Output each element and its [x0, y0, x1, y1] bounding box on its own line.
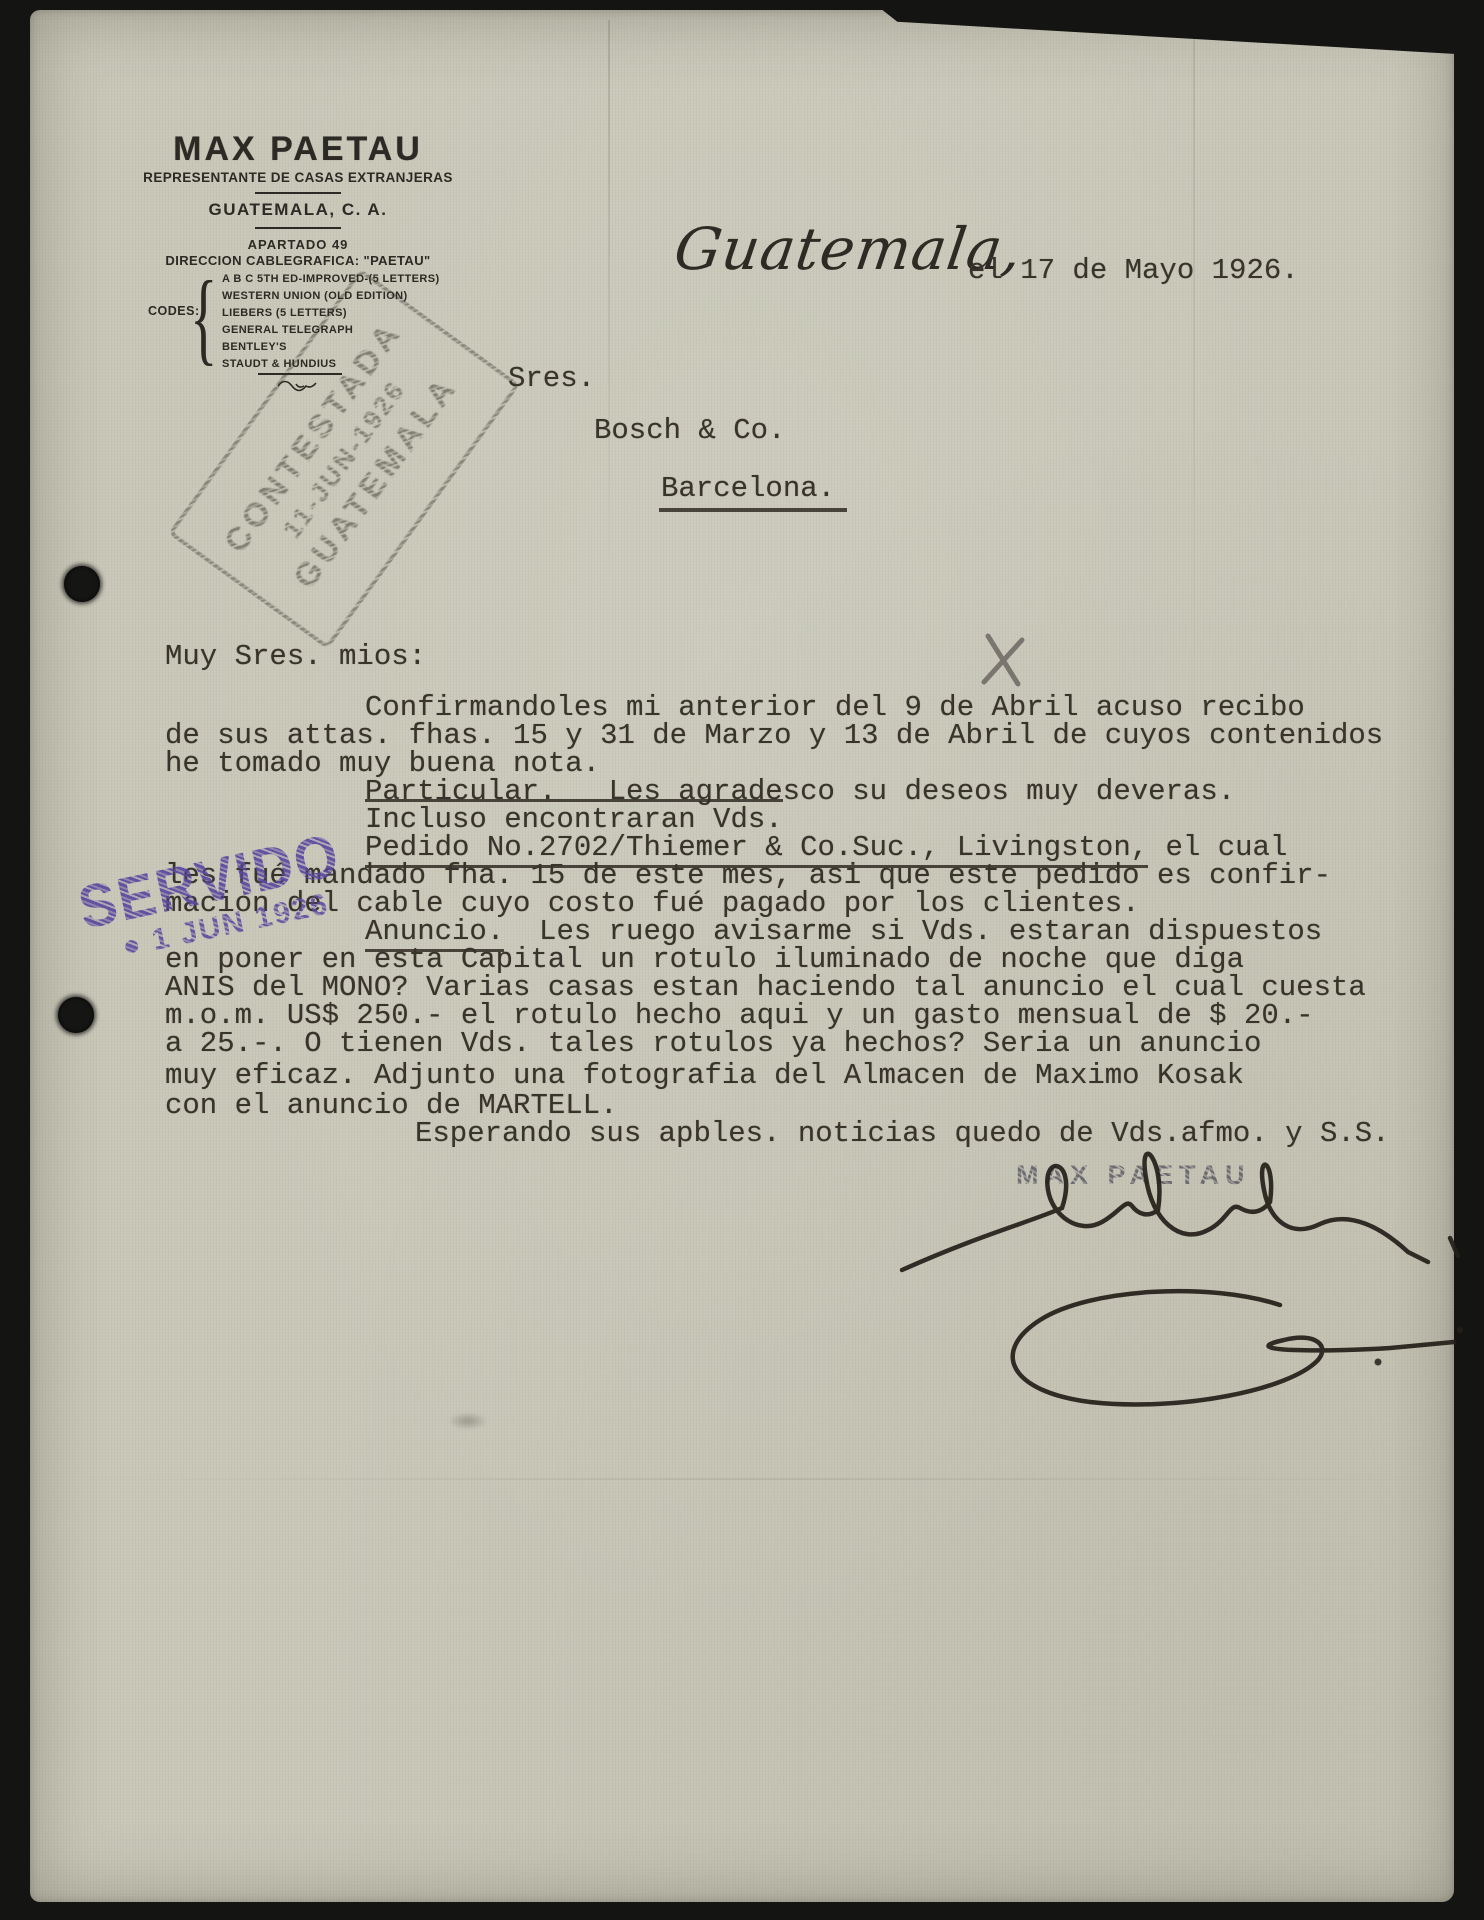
received-date-stamp: CONTESTADA 11-JUN-1926 GUATEMALA [168, 268, 521, 650]
paper-crease [70, 1478, 1470, 1480]
letterhead-cable-address: DIRECCION CABLEGRAFICA: "PAETAU" [120, 253, 476, 268]
letterhead-company-name: MAX PAETAU [170, 130, 426, 169]
letter-salutation: Muy Sres. mios: [165, 640, 426, 673]
letter-line: m.o.m. US$ 250.- el rotulo hecho aqui y … [165, 1002, 1314, 1030]
dateline-typed-date: el 17 de Mayo 1926. [968, 254, 1299, 287]
scanned-letter-page: { "colors": { "background": "#141412", "… [0, 0, 1484, 1920]
punch-hole [64, 566, 100, 602]
letter-line: Incluso encontraran Vds. [365, 806, 783, 834]
punch-hole [58, 997, 94, 1033]
letterhead-subtitle: REPRESENTANTE DE CASAS EXTRANJERAS [142, 170, 454, 185]
letter-line: en poner en esta Capital un rotulo ilumi… [165, 946, 1244, 974]
pencil-x-mark [978, 632, 1030, 690]
ink-smudge [448, 1412, 488, 1430]
letter-line: de sus attas. fhas. 15 y 31 de Marzo y 1… [165, 722, 1383, 750]
letter-line: Confirmandoles mi anterior del 9 de Abri… [365, 694, 1305, 722]
letter-line: ANIS del MONO? Varias casas estan hacien… [165, 974, 1366, 1002]
recipient-company: Bosch & Co. [594, 414, 785, 447]
letter-line: muy eficaz. Adjunto una fotografia del A… [165, 1062, 1244, 1090]
letterhead-divider [255, 192, 341, 194]
brace-glyph: { [190, 266, 217, 370]
letterhead-pobox: APARTADO 49 [170, 237, 426, 252]
recipient-salutation-prefix: Sres. [508, 362, 595, 395]
letter-line: a 25.-. O tienen Vds. tales rotulos ya h… [165, 1030, 1261, 1058]
letterhead-divider [255, 227, 341, 229]
letter-line: Anuncio. Les ruego avisarme si Vds. esta… [365, 918, 1322, 946]
letter-line: Pedido No.2702/Thiemer & Co.Suc., Living… [365, 834, 1287, 862]
handwritten-signature [880, 1130, 1484, 1430]
paper-crease [608, 20, 610, 580]
letter-line: he tomado muy buena nota. [165, 750, 600, 778]
letter-paper: MAX PAETAU REPRESENTANTE DE CASAS EXTRAN… [30, 10, 1454, 1902]
letterhead-city: GUATEMALA, C. A. [170, 200, 426, 220]
recipient-city: Barcelona. [661, 472, 847, 505]
paper-crease [1193, 20, 1195, 760]
letterhead-code-item: A B C 5TH ED-IMPROVED-(5 LETTERS) [222, 273, 440, 290]
letter-line: con el anuncio de MARTELL. [165, 1092, 617, 1120]
